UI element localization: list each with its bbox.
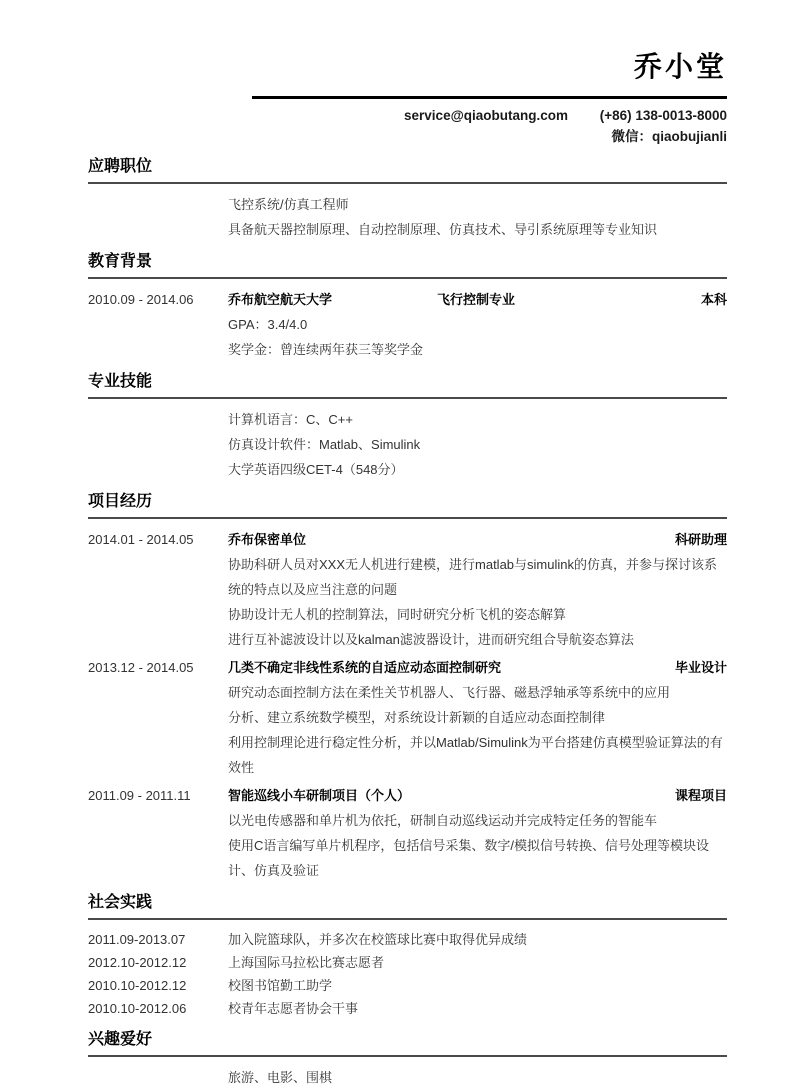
social-date: 2010.10-2012.12 [88,974,228,997]
email-text: service@qiaobutang.com [404,108,568,123]
section-title-projects: 项目经历 [88,492,727,519]
date-column-spacer [88,432,228,457]
social-item: 2011.09-2013.07 加入院篮球队，并多次在校篮球比赛中取得优异成绩 [88,928,727,951]
project-bullet: 协助科研人员对XXX无人机进行建模，进行matlab与simulink的仿真，并… [228,552,727,602]
date-column-spacer [88,407,228,432]
phone-text: (+86) 138-0013-8000 [600,108,727,123]
project-name: 乔布保密单位 [228,527,306,552]
date-column-spacer [88,1065,228,1090]
interests-text: 旅游、电影、围棋 [228,1065,727,1090]
social-text: 校图书馆勤工助学 [228,974,727,997]
header-divider-rule [252,96,727,99]
project-content: 乔布保密单位 科研助理 协助科研人员对XXX无人机进行建模，进行matlab与s… [228,527,727,652]
social-item: 2010.10-2012.06 校青年志愿者协会干事 [88,997,727,1020]
project-bullet: 利用控制理论进行稳定性分析，并以Matlab/Simulink为平台搭建仿真模型… [228,730,727,780]
section-interests: 兴趣爱好 旅游、电影、围棋 [88,1030,727,1090]
education-degree: 本科 [701,287,727,312]
section-body-social: 2011.09-2013.07 加入院篮球队，并多次在校篮球比赛中取得优异成绩 … [88,920,727,1020]
section-title-interests: 兴趣爱好 [88,1030,727,1057]
project-head: 几类不确定非线性系统的自适应动态面控制研究 毕业设计 [228,655,727,680]
contact-line: service@qiaobutang.com (+86) 138-0013-80… [88,105,727,126]
project-name: 智能巡线小车研制项目（个人） [228,783,410,808]
project-item: 2014.01 - 2014.05 乔布保密单位 科研助理 协助科研人员对XXX… [88,527,727,652]
social-date: 2010.10-2012.06 [88,997,228,1020]
skill-row: 仿真设计软件：Matlab、Simulink [88,432,727,457]
social-text: 上海国际马拉松比赛志愿者 [228,951,727,974]
social-date: 2012.10-2012.12 [88,951,228,974]
education-school: 乔布航空航天大学 [228,287,437,312]
project-item: 2011.09 - 2011.11 智能巡线小车研制项目（个人） 课程项目 以光… [88,783,727,883]
project-item: 2013.12 - 2014.05 几类不确定非线性系统的自适应动态面控制研究 … [88,655,727,780]
education-date: 2010.09 - 2014.06 [88,287,228,312]
social-item: 2012.10-2012.12 上海国际马拉松比赛志愿者 [88,951,727,974]
social-date: 2011.09-2013.07 [88,928,228,951]
wechat-line: 微信：qiaobujianli [88,126,727,147]
resume-document: 乔小堂 service@qiaobutang.com (+86) 138-001… [0,0,794,1092]
social-item: 2010.10-2012.12 校图书馆勤工助学 [88,974,727,997]
section-social: 社会实践 2011.09-2013.07 加入院篮球队，并多次在校篮球比赛中取得… [88,893,727,1020]
objective-row: 飞控系统/仿真工程师 [88,192,727,217]
education-head: 乔布航空航天大学 飞行控制专业 本科 [228,287,727,312]
education-entry: 2010.09 - 2014.06 乔布航空航天大学 飞行控制专业 本科 [88,287,727,312]
resume-header: 乔小堂 service@qiaobutang.com (+86) 138-001… [88,50,727,147]
project-bullet: 使用C语言编写单片机程序，包括信号采集、数字/模拟信号转换、信号处理等模块设计、… [228,833,727,883]
section-body-objective: 飞控系统/仿真工程师 具备航天器控制原理、自动控制原理、仿真技术、导引系统原理等… [88,184,727,242]
project-role: 科研助理 [675,527,727,552]
project-bullet: 研究动态面控制方法在柔性关节机器人、飞行器、磁悬浮轴承等系统中的应用 [228,680,727,705]
education-scholarship: 奖学金：曾连续两年获三等奖学金 [228,337,727,362]
social-text: 校青年志愿者协会干事 [228,997,727,1020]
date-column-spacer [88,192,228,217]
section-objective: 应聘职位 飞控系统/仿真工程师 具备航天器控制原理、自动控制原理、仿真技术、导引… [88,157,727,242]
project-bullet: 以光电传感器和单片机为依托，研制自动巡线运动并完成特定任务的智能车 [228,808,727,833]
project-name: 几类不确定非线性系统的自适应动态面控制研究 [228,655,501,680]
project-bullet: 协助设计无人机的控制算法，同时研究分析飞机的姿态解算 [228,602,727,627]
education-gpa: GPA：3.4/4.0 [228,312,727,337]
skill-languages: 计算机语言：C、C++ [228,407,727,432]
skill-software: 仿真设计软件：Matlab、Simulink [228,432,727,457]
project-date: 2011.09 - 2011.11 [88,783,228,883]
project-head: 智能巡线小车研制项目（个人） 课程项目 [228,783,727,808]
section-title-education: 教育背景 [88,252,727,279]
section-body-education: 2010.09 - 2014.06 乔布航空航天大学 飞行控制专业 本科 GPA… [88,279,727,362]
skill-row: 大学英语四级CET-4（548分） [88,457,727,482]
project-role: 课程项目 [675,783,727,808]
education-detail-row: GPA：3.4/4.0 [88,312,727,337]
wechat-text: 微信：qiaobujianli [611,129,727,144]
section-title-objective: 应聘职位 [88,157,727,184]
section-body-skills: 计算机语言：C、C++ 仿真设计软件：Matlab、Simulink 大学英语四… [88,399,727,482]
section-title-skills: 专业技能 [88,372,727,399]
project-bullet: 进行互补滤波设计以及kalman滤波器设计，进而研究组合导航姿态算法 [228,627,727,652]
section-body-projects: 2014.01 - 2014.05 乔布保密单位 科研助理 协助科研人员对XXX… [88,519,727,883]
date-column-spacer [88,457,228,482]
candidate-name: 乔小堂 [88,50,727,84]
project-head: 乔布保密单位 科研助理 [228,527,727,552]
date-column-spacer [88,337,228,362]
objective-summary: 具备航天器控制原理、自动控制原理、仿真技术、导引系统原理等专业知识 [228,217,727,242]
education-detail-row: 奖学金：曾连续两年获三等奖学金 [88,337,727,362]
project-bullet: 分析、建立系统数学模型，对系统设计新颖的自适应动态面控制律 [228,705,727,730]
section-body-interests: 旅游、电影、围棋 [88,1057,727,1090]
objective-row: 具备航天器控制原理、自动控制原理、仿真技术、导引系统原理等专业知识 [88,217,727,242]
education-major: 飞行控制专业 [437,287,701,312]
skill-english: 大学英语四级CET-4（548分） [228,457,727,482]
skill-row: 计算机语言：C、C++ [88,407,727,432]
interests-row: 旅游、电影、围棋 [88,1065,727,1090]
project-role: 毕业设计 [675,655,727,680]
date-column-spacer [88,312,228,337]
project-date: 2013.12 - 2014.05 [88,655,228,780]
section-title-social: 社会实践 [88,893,727,920]
social-text: 加入院篮球队，并多次在校篮球比赛中取得优异成绩 [228,928,727,951]
objective-position: 飞控系统/仿真工程师 [228,192,727,217]
section-skills: 专业技能 计算机语言：C、C++ 仿真设计软件：Matlab、Simulink … [88,372,727,482]
section-education: 教育背景 2010.09 - 2014.06 乔布航空航天大学 飞行控制专业 本… [88,252,727,362]
section-projects: 项目经历 2014.01 - 2014.05 乔布保密单位 科研助理 协助科研人… [88,492,727,883]
project-date: 2014.01 - 2014.05 [88,527,228,652]
project-content: 几类不确定非线性系统的自适应动态面控制研究 毕业设计 研究动态面控制方法在柔性关… [228,655,727,780]
project-content: 智能巡线小车研制项目（个人） 课程项目 以光电传感器和单片机为依托，研制自动巡线… [228,783,727,883]
date-column-spacer [88,217,228,242]
